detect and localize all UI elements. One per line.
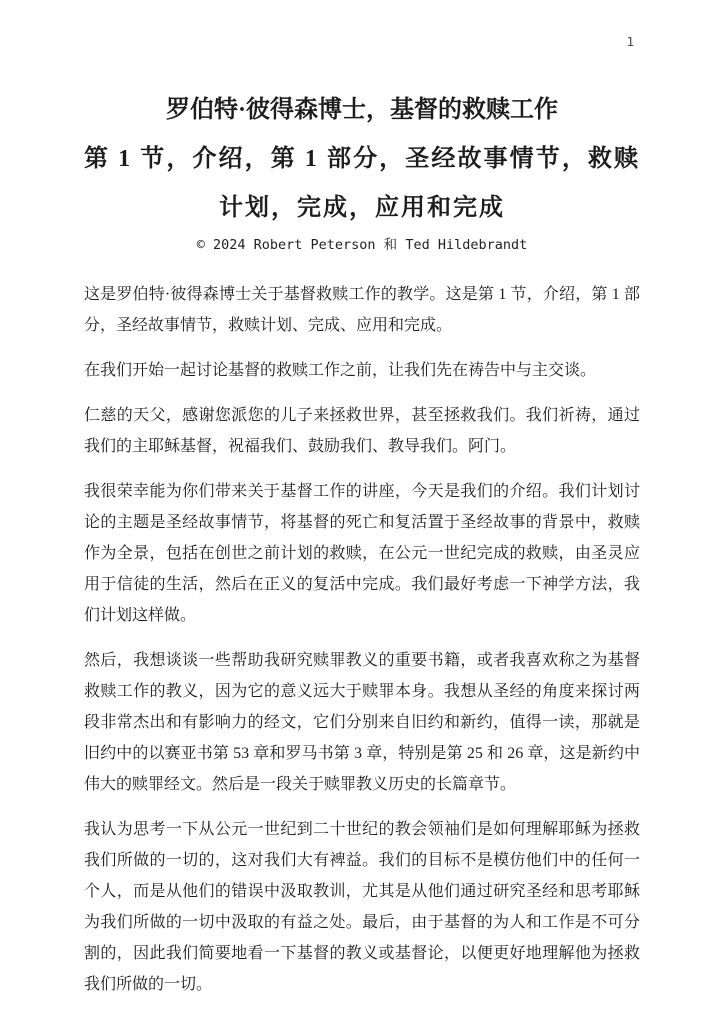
page-number: 1 <box>84 34 640 50</box>
paragraph: 我认为思考一下从公元一世纪到二十世纪的教会领袖们是如何理解耶稣为拯救我们所做的一… <box>84 814 640 1000</box>
copyright-line: © 2024 Robert Peterson 和 Ted Hildebrandt <box>84 236 640 254</box>
document-title: 罗伯特·彼得森博士，基督的救赎工作 第 1 节，介绍，第 1 部分，圣经故事情节… <box>84 86 640 254</box>
paragraph: 在我们开始一起讨论基督的救赎工作之前，让我们先在祷告中与主交谈。 <box>84 355 640 386</box>
paragraph: 仁慈的天父，感谢您派您的儿子来拯救世界，甚至拯救我们。我们祈祷，通过我们的主耶稣… <box>84 400 640 462</box>
paragraph: 我很荣幸能为你们带来关于基督工作的讲座，今天是我们的介绍。我们计划讨论的主题是圣… <box>84 476 640 631</box>
title-line-1: 罗伯特·彼得森博士，基督的救赎工作 <box>84 86 640 135</box>
document-body: 这是罗伯特·彼得森博士关于基督救赎工作的教学。这是第 1 节，介绍，第 1 部分… <box>84 279 640 1000</box>
paragraph: 这是罗伯特·彼得森博士关于基督救赎工作的教学。这是第 1 节，介绍，第 1 部分… <box>84 279 640 341</box>
title-line-2: 第 1 节，介绍，第 1 部分，圣经故事情节，救赎计划，完成，应用和完成 <box>84 135 640 233</box>
document-page: 1 罗伯特·彼得森博士，基督的救赎工作 第 1 节，介绍，第 1 部分，圣经故事… <box>0 0 724 1024</box>
paragraph: 然后，我想谈谈一些帮助我研究赎罪教义的重要书籍，或者我喜欢称之为基督救赎工作的教… <box>84 645 640 800</box>
